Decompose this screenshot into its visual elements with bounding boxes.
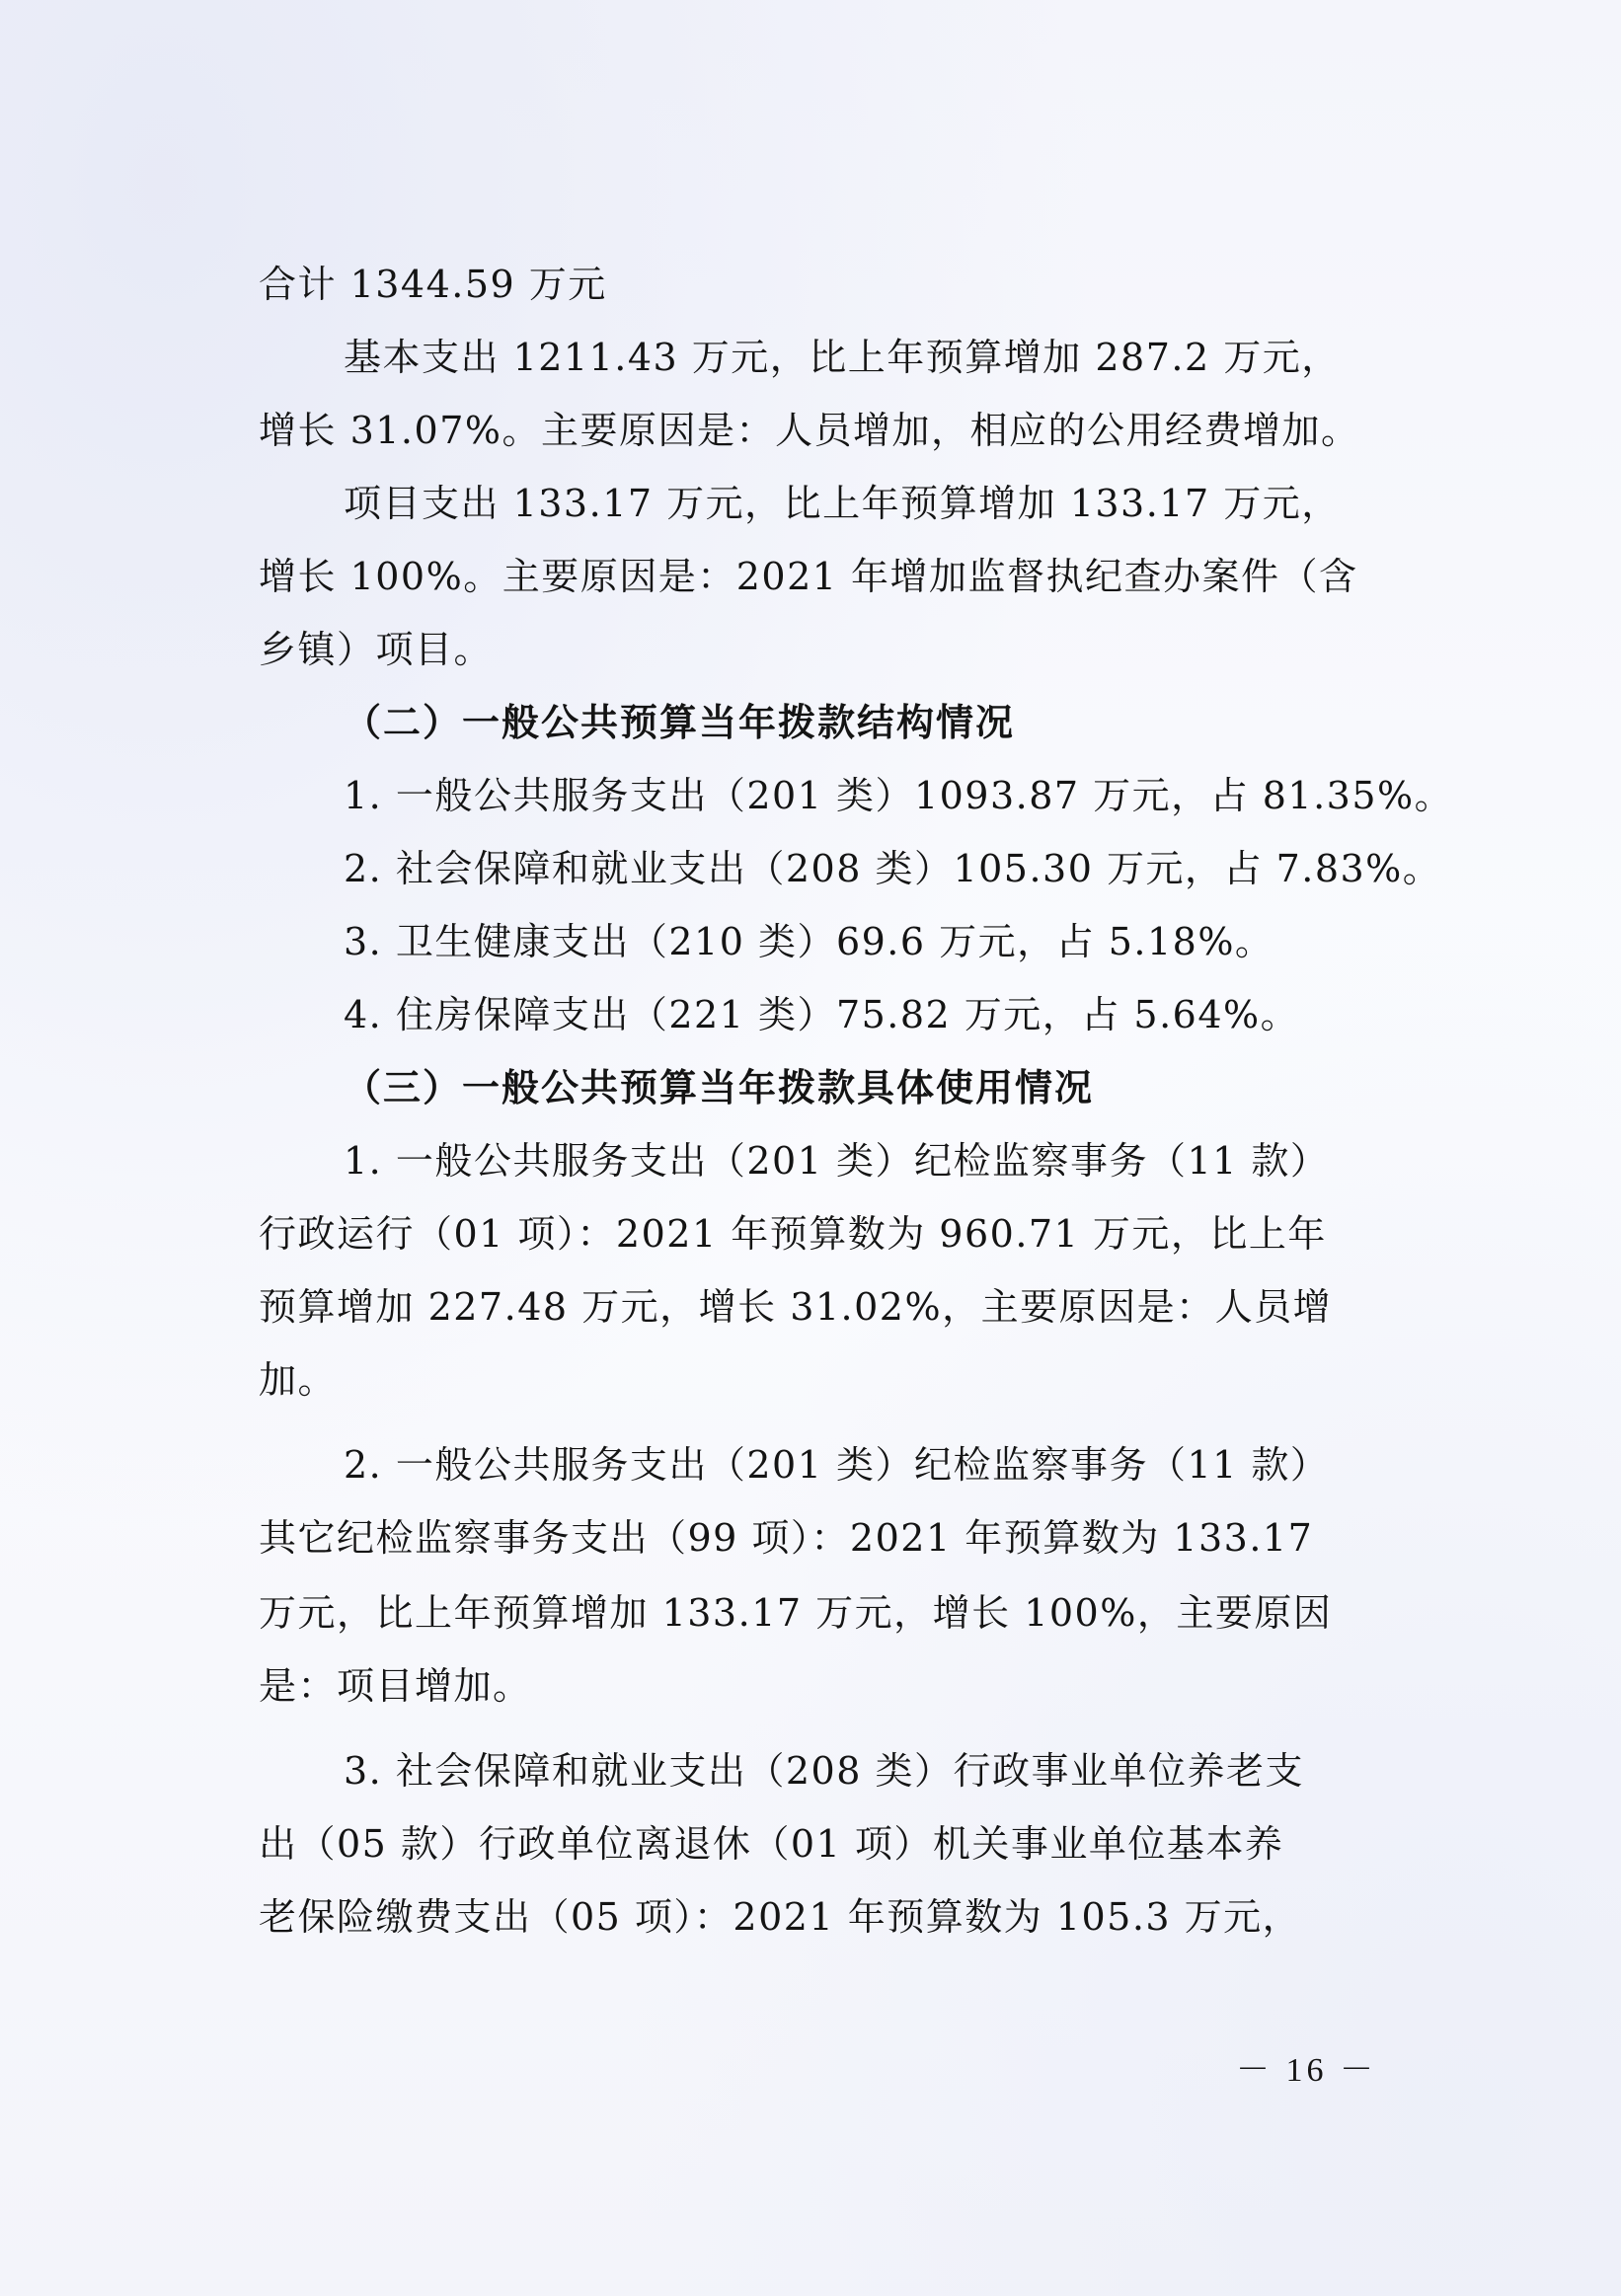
usage-item-1-line-2: 行政运行（01 项）：2021 年预算数为 960.71 万元，比上年: [259, 1212, 1327, 1256]
project-expenditure-reason-cont: 乡镇）项目。: [259, 628, 493, 671]
usage-item-2-line-3: 万元，比上年预算增加 133.17 万元，增长 100%，主要原因: [259, 1591, 1332, 1635]
structure-item-201: 1. 一般公共服务支出（201 类）1093.87 万元，占 81.35%。: [344, 774, 1453, 817]
total-amount-line: 合计 1344.59 万元: [259, 263, 607, 306]
section-heading-usage: （三）一般公共预算当年拨款具体使用情况: [344, 1066, 1094, 1110]
page-number: － 16 －: [1236, 2051, 1377, 2091]
usage-item-3-line-1: 3. 社会保障和就业支出（208 类）行政事业单位养老支: [344, 1749, 1304, 1793]
usage-item-2-line-1: 2. 一般公共服务支出（201 类）纪检监察事务（11 款）: [344, 1443, 1329, 1487]
usage-item-2-line-4: 是：项目增加。: [259, 1664, 532, 1708]
structure-item-208: 2. 社会保障和就业支出（208 类）105.30 万元，占 7.83%。: [344, 847, 1441, 890]
section-heading-structure: （二）一般公共预算当年拨款结构情况: [344, 701, 1015, 744]
basic-expenditure-reason-line: 增长 31.07%。主要原因是：人员增加，相应的公用经费增加。: [259, 409, 1359, 452]
usage-item-2-line-2: 其它纪检监察事务支出（99 项）：2021 年预算数为 133.17: [259, 1516, 1313, 1560]
structure-item-210: 3. 卫生健康支出（210 类）69.6 万元，占 5.18%。: [344, 920, 1274, 963]
usage-item-3-line-3: 老保险缴费支出（05 项）：2021 年预算数为 105.3 万元，: [259, 1895, 1301, 1939]
basic-expenditure-line: 基本支出 1211.43 万元，比上年预算增加 287.2 万元，: [344, 336, 1341, 379]
usage-item-1-line-1: 1. 一般公共服务支出（201 类）纪检监察事务（11 款）: [344, 1139, 1329, 1183]
project-expenditure-line: 项目支出 133.17 万元，比上年预算增加 133.17 万元，: [344, 482, 1341, 525]
structure-item-221: 4. 住房保障支出（221 类）75.82 万元，占 5.64%。: [344, 993, 1299, 1036]
usage-item-3-line-2: 出（05 款）行政单位离退休（01 项）机关事业单位基本养: [259, 1822, 1283, 1866]
usage-item-1-line-4: 加。: [259, 1358, 337, 1402]
project-expenditure-reason-line: 增长 100%。主要原因是：2021 年增加监督执纪查办案件（含: [259, 555, 1358, 598]
usage-item-1-line-3: 预算增加 227.48 万元，增长 31.02%，主要原因是：人员增: [259, 1285, 1332, 1329]
